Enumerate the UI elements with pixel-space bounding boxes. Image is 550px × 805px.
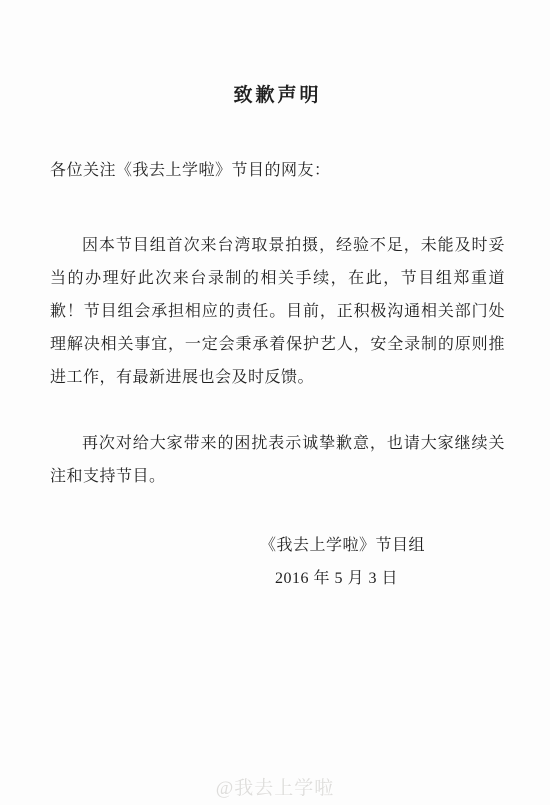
body-paragraph-2: 再次对给大家带来的困扰表示诚挚歉意，也请大家继续关注和支持节目。 <box>50 427 505 493</box>
date-line: 2016 年 5 月 3 日 <box>50 562 505 595</box>
salutation: 各位关注《我去上学啦》节目的网友： <box>50 154 505 187</box>
signature: 《我去上学啦》节目组 <box>50 529 505 562</box>
apology-statement-document: 致歉声明 各位关注《我去上学啦》节目的网友： 因本节目组首次来台湾取景拍摄，经验… <box>0 0 550 805</box>
page-title: 致歉声明 <box>50 84 505 108</box>
body-paragraph-1: 因本节目组首次来台湾取景拍摄，经验不足，未能及时妥当的办理好此次来台录制的相关手… <box>50 229 505 394</box>
weibo-watermark: @我去上学啦 <box>0 773 550 800</box>
